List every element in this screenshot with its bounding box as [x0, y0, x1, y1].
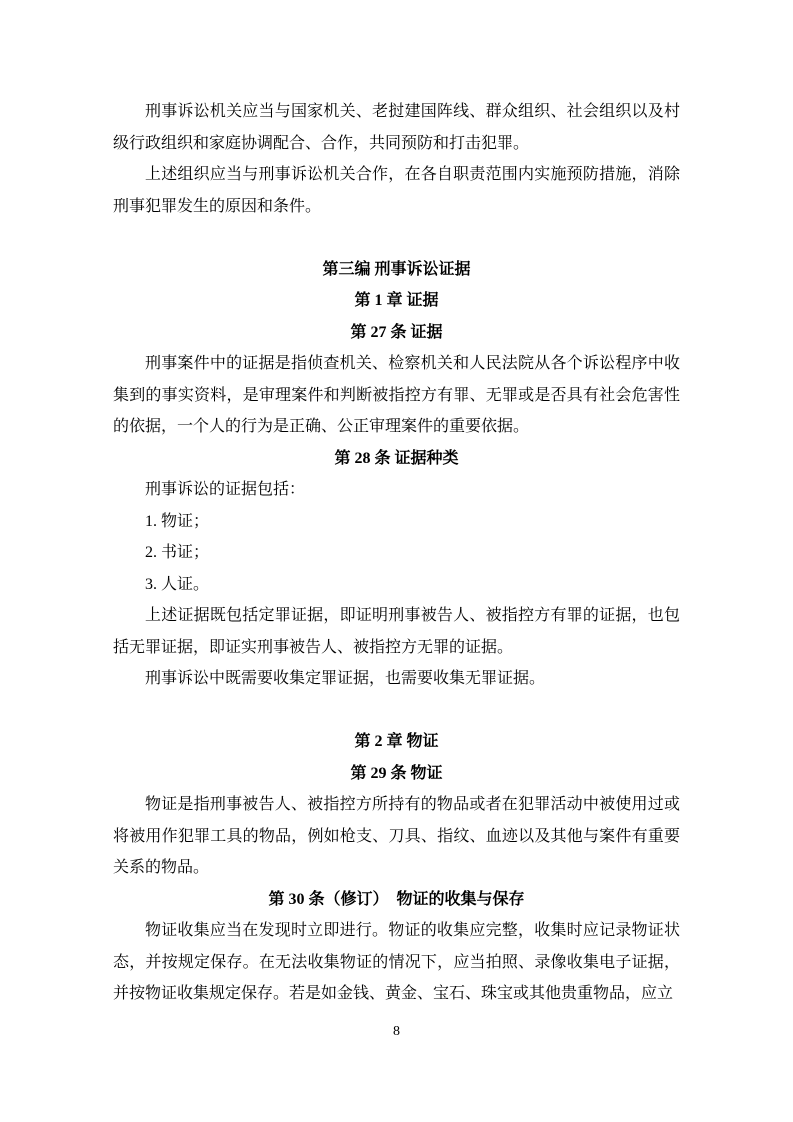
- list-item: 3. 人证。: [113, 569, 680, 601]
- paragraph: 上述证据既包括定罪证据，即证明刑事被告人、被指控方有罪的证据，也包括无罪证据，即…: [113, 600, 680, 663]
- paragraph: 物证收集应当在发现时立即进行。物证的收集应完整，收集时应记录物证状态，并按规定保…: [113, 915, 680, 1010]
- chapter-heading: 第 2 章 物证: [113, 726, 680, 758]
- paragraph: 刑事诉讼中既需要收集定罪证据，也需要收集无罪证据。: [113, 663, 680, 695]
- article-heading: 第 29 条 物证: [113, 758, 680, 790]
- article-heading: 第 27 条 证据: [113, 317, 680, 349]
- document-body: 刑事诉讼机关应当与国家机关、老挝建国阵线、群众组织、社会组织以及村级行政组织和家…: [113, 96, 680, 1010]
- paragraph: 刑事诉讼机关应当与国家机关、老挝建国阵线、群众组织、社会组织以及村级行政组织和家…: [113, 96, 680, 159]
- paragraph: 上述组织应当与刑事诉讼机关合作，在各自职责范围内实施预防措施，消除刑事犯罪发生的…: [113, 159, 680, 222]
- paragraph: 物证是指刑事被告人、被指控方所持有的物品或者在犯罪活动中被使用过或将被用作犯罪工…: [113, 789, 680, 884]
- chapter-heading: 第 1 章 证据: [113, 285, 680, 317]
- paragraph: 刑事诉讼的证据包括：: [113, 474, 680, 506]
- list-item: 1. 物证；: [113, 506, 680, 538]
- list-item: 2. 书证；: [113, 537, 680, 569]
- part-heading: 第三编 刑事诉讼证据: [113, 254, 680, 286]
- paragraph: 刑事案件中的证据是指侦查机关、检察机关和人民法院从各个诉讼程序中收集到的事实资料…: [113, 348, 680, 443]
- document-page: 刑事诉讼机关应当与国家机关、老挝建国阵线、群众组织、社会组织以及村级行政组织和家…: [0, 0, 793, 1122]
- article-heading: 第 28 条 证据种类: [113, 443, 680, 475]
- article-heading: 第 30 条（修订） 物证的收集与保存: [113, 884, 680, 916]
- page-number: 8: [0, 1022, 793, 1042]
